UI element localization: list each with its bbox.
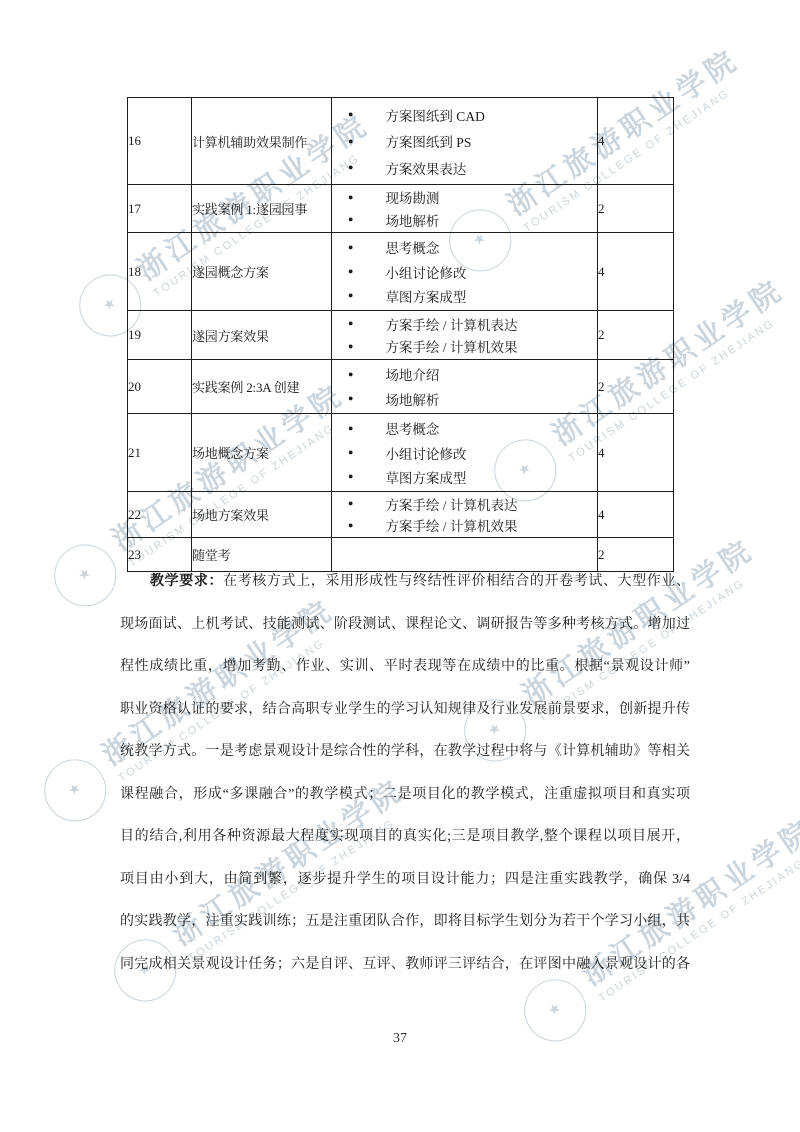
row-number-cell: 20 [128,360,192,414]
table-row: 22 场地方案效果 ●方案手绘 / 计算机表达 ●方案手绘 / 计算机效果 4 [128,492,674,538]
paragraph-line: 程性成绩比重，增加考勤、作业、实训、平时表现等在成绩中的比重。根据“景观设计师” [120,646,690,689]
hours-cell: 4 [598,492,674,538]
bullet-text: 场地解析 [385,210,439,230]
table-row: 17 实践案例 1:遂园园事 ●现场勘测 ●场地解析 2 [128,185,674,233]
paragraph-line: 教学要求：在考核方式上，采用形成性与终结性评价相结合的开卷考试、大型作业、 [120,561,690,604]
teaching-requirements-paragraph: 教学要求：在考核方式上，采用形成性与终结性评价相结合的开卷考试、大型作业、 现场… [120,561,690,986]
bullet-icon: ● [348,424,353,433]
list-item: ●方案手绘 / 计算机表达 [332,494,597,514]
bullets-cell: ●方案手绘 / 计算机表达 ●方案手绘 / 计算机效果 [332,311,598,360]
bullets-cell: ●思考概念 ●小组讨论修改 ●草图方案成型 [332,414,598,492]
bullet-icon: ● [348,267,353,276]
list-item: ●方案效果表达 [332,158,597,178]
bullet-icon: ● [348,342,353,351]
hours-cell: 4 [598,233,674,311]
paragraph-text: 在考核方式上，采用形成性与终结性评价相结合的开卷考试、大型作业、 [223,574,690,589]
table-row: 21 场地概念方案 ●思考概念 ●小组讨论修改 ●草图方案成型 4 [128,414,674,492]
college-seal-icon: ★ [42,532,128,618]
row-number-cell: 21 [128,414,192,492]
topic-cell: 实践案例 2:3A 创建 [192,360,332,414]
bullet-icon: ● [348,472,353,481]
bullet-text: 思考概念 [385,418,439,438]
bullets-cell: ●方案图纸到 CAD ●方案图纸到 PS ●方案效果表达 [332,98,598,185]
bullet-icon: ● [348,243,353,252]
bullet-icon: ● [348,193,353,202]
bullet-icon: ● [348,319,353,328]
paragraph-line: 统教学方式。一是考虑景观设计是综合性的学科，在教学过程中将与《计算机辅助》等相关 [120,731,690,774]
bullet-icon: ● [348,137,353,146]
bullet-icon: ● [348,110,353,119]
table-row: 19 遂园方案效果 ●方案手绘 / 计算机表达 ●方案手绘 / 计算机效果 2 [128,311,674,360]
paragraph-line: 职业资格认证的要求，结合高职专业学生的学习认知规律及行业发展前景要求，创新提升传 [120,689,690,732]
list-item: ●小组讨论修改 [332,262,597,282]
bullet-text: 方案效果表达 [385,158,466,178]
hours-cell: 2 [598,360,674,414]
bullet-icon: ● [348,394,353,403]
teaching-requirements-label: 教学要求： [150,574,223,589]
bullet-icon: ● [348,291,353,300]
row-number-cell: 22 [128,492,192,538]
bullet-text: 草图方案成型 [385,286,466,306]
bullet-text: 方案手绘 / 计算机表达 [385,494,517,514]
hours-cell: 4 [598,98,674,185]
bullet-text: 思考概念 [385,237,439,257]
bullets-cell: ●思考概念 ●小组讨论修改 ●草图方案成型 [332,233,598,311]
table-row: 20 实践案例 2:3A 创建 ●场地介绍 ●场地解析 2 [128,360,674,414]
row-number-cell: 18 [128,233,192,311]
list-item: ●思考概念 [332,237,597,257]
topic-cell: 场地方案效果 [192,492,332,538]
bullet-text: 方案手绘 / 计算机效果 [385,336,517,356]
row-number-cell: 17 [128,185,192,233]
bullets-cell: ●现场勘测 ●场地解析 [332,185,598,233]
list-item: ●草图方案成型 [332,286,597,306]
page-number: 37 [0,1031,800,1047]
row-number-cell: 19 [128,311,192,360]
bullet-text: 小组讨论修改 [385,443,466,463]
list-item: ●场地介绍 [332,364,597,384]
list-item: ●思考概念 [332,418,597,438]
hours-cell: 2 [598,311,674,360]
list-item: ●场地解析 [332,210,597,230]
bullets-cell: ●方案手绘 / 计算机表达 ●方案手绘 / 计算机效果 [332,492,598,538]
bullet-text: 场地介绍 [385,364,439,384]
bullet-text: 场地解析 [385,389,439,409]
topic-cell: 计算机辅助效果制作 [192,98,332,185]
bullet-text: 方案图纸到 CAD [385,105,484,125]
paragraph-line: 目的结合,利用各种资源最大程度实现项目的真实化;三是项目教学,整个课程以项目展开… [120,816,690,859]
bullet-icon: ● [348,521,353,530]
list-item: ●方案图纸到 CAD [332,105,597,125]
list-item: ●现场勘测 [332,187,597,207]
table-row: 18 遂园概念方案 ●思考概念 ●小组讨论修改 ●草图方案成型 4 [128,233,674,311]
bullet-icon: ● [348,215,353,224]
topic-cell: 场地概念方案 [192,414,332,492]
bullet-text: 草图方案成型 [385,467,466,487]
list-item: ●小组讨论修改 [332,443,597,463]
bullet-icon: ● [348,499,353,508]
bullets-cell: ●场地介绍 ●场地解析 [332,360,598,414]
table-row: 16 计算机辅助效果制作 ●方案图纸到 CAD ●方案图纸到 PS ●方案效果表… [128,98,674,185]
course-schedule-table: 16 计算机辅助效果制作 ●方案图纸到 CAD ●方案图纸到 PS ●方案效果表… [127,97,674,572]
list-item: ●场地解析 [332,389,597,409]
list-item: ●方案手绘 / 计算机效果 [332,336,597,356]
bullet-icon: ● [348,448,353,457]
paragraph-line: 项目由小到大，由简到繁，逐步提升学生的项目设计能力；四是注重实践教学，确保 3/… [120,859,690,902]
paragraph-line: 现场面试、上机考试、技能测试、阶段测试、课程论文、调研报告等多种考核方式。增加过 [120,604,690,647]
college-seal-icon: ★ [32,747,118,833]
list-item: ●草图方案成型 [332,467,597,487]
bullet-icon: ● [348,370,353,379]
bullet-text: 现场勘测 [385,187,439,207]
hours-cell: 2 [598,185,674,233]
topic-cell: 实践案例 1:遂园园事 [192,185,332,233]
list-item: ●方案手绘 / 计算机效果 [332,515,597,535]
bullet-text: 方案手绘 / 计算机表达 [385,314,517,334]
list-item: ●方案图纸到 PS [332,131,597,151]
bullet-text: 小组讨论修改 [385,262,466,282]
topic-cell: 遂园概念方案 [192,233,332,311]
bullet-text: 方案手绘 / 计算机效果 [385,515,517,535]
row-number-cell: 16 [128,98,192,185]
document-page: ★ 浙江旅游职业学院TOURISM COLLEGE OF ZHEJIANG ★ … [0,0,800,1132]
hours-cell: 4 [598,414,674,492]
topic-cell: 遂园方案效果 [192,311,332,360]
paragraph-line: 同完成相关景观设计任务；六是自评、互评、教师评三评结合，在评图中融入景观设计的各 [120,944,690,987]
paragraph-line: 的实践教学，注重实践训练；五是注重团队合作，即将目标学生划分为若干个学习小组，共 [120,901,690,944]
list-item: ●方案手绘 / 计算机表达 [332,314,597,334]
paragraph-line: 课程融合，形成“多课融合”的教学模式；二是项目化的教学模式，注重虚拟项目和真实项 [120,774,690,817]
bullet-text: 方案图纸到 PS [385,131,471,151]
bullet-icon: ● [348,163,353,172]
